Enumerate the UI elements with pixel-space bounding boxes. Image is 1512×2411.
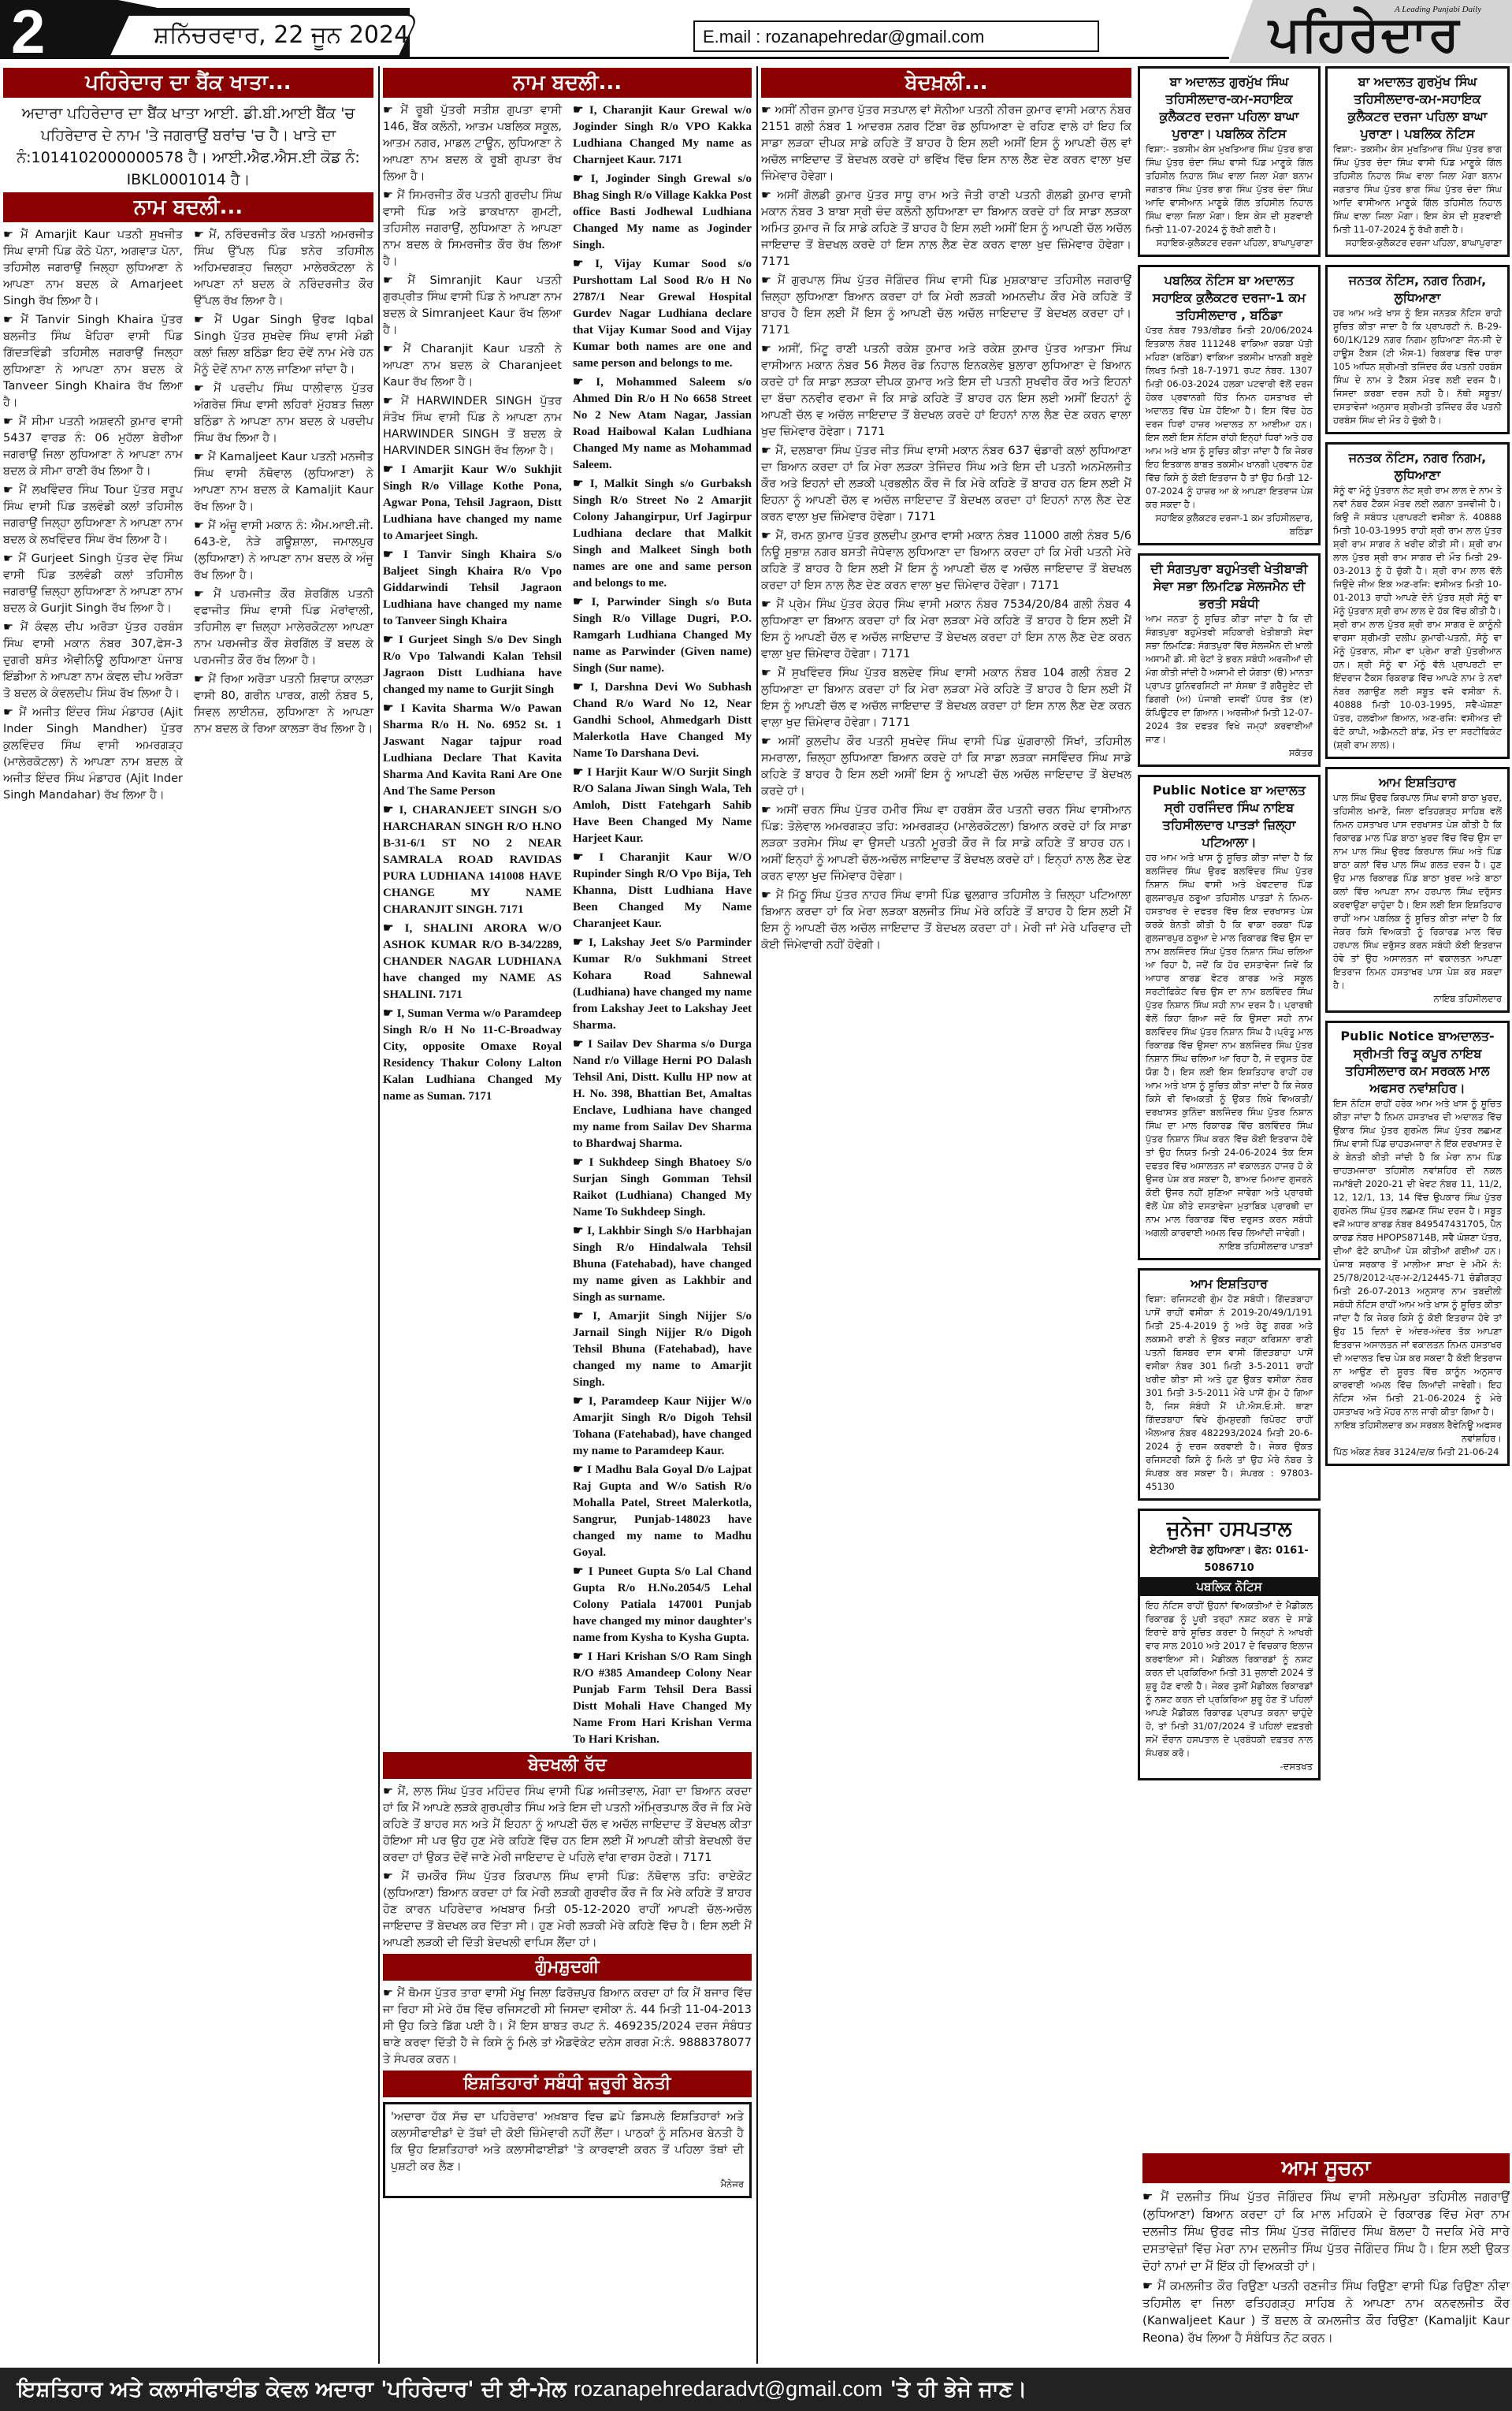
classified-item: ☛ ਮੈਂ ਮਿੱਠੂ ਸਿੰਘ ਪੁੱਤਰ ਨਾਹਰ ਸਿੰਘ ਵਾਸੀ ਪਿ…: [761, 887, 1131, 954]
classified-item: ☛ ਮੈਂ ਪ੍ਰੇਮ ਸਿੰਘ ਪੁੱਤਰ ਕੇਹਰ ਸਿੰਘ ਵਾਸੀ ਮਕ…: [761, 597, 1131, 663]
classified-item: ☛ ਅਸੀਂ, ਮਿੰਟੂ ਰਾਣੀ ਪਤਨੀ ਰਕੇਸ਼ ਕੁਮਾਰ ਅਤੇ …: [761, 341, 1131, 441]
name-change-banner: ਨਾਮ ਬਦਲੀ...: [3, 192, 373, 222]
column-divider: [378, 66, 380, 2364]
classified-item: ☛ I, Vijay Kumar Sood s/o Purshottam Lal…: [573, 256, 752, 372]
classified-item: ☛ I Charanjit Kaur W/O Rupinder Singh R/…: [573, 850, 752, 932]
disclaimer-text: 'ਅਦਾਰਾ ਹੱਕ ਸੱਚ ਦਾ ਪਹਿਰੇਦਾਰ' ਅਖ਼ਬਾਰ ਵਿਚ ਛ…: [391, 2109, 744, 2175]
notice-heading: ਦੀ ਸੰਗਤਪੁਰਾ ਬਹੁਮੰਤਵੀ ਖੇਤੀਬਾੜੀ ਸੇਵਾ ਸਭਾ ਲ…: [1146, 560, 1313, 612]
classified-item: ☛ ਮੈਂ Tanvir Singh Khaira ਪੁੱਤਰ ਬਲਜੀਤ ਸਿ…: [3, 312, 183, 411]
name-change-list: ☛ ਮੈਂ Amarjit Kaur ਪਤਨੀ ਸੁਖਜੀਤ ਸਿੰਘ ਵਾਸੀ…: [3, 227, 373, 806]
general-ad-box: ਆਮ ਇਸ਼ਤਿਹਾਰ ਪਾਲ ਸਿੰਘ ਉਰਫ ਕਿਰਪਾਲ ਸਿੰਘ ਵਾਸ…: [1325, 767, 1510, 1013]
classified-item: ☛ I Puneet Gupta S/o Lal Chand Gupta R/o…: [573, 1564, 752, 1646]
classified-item: ☛ I, Darshna Devi Wo Subhash Chand R/o W…: [573, 679, 752, 762]
bank-account-banner: ਪਹਿਰੇਦਾਰ ਦਾ ਬੈਂਕ ਖਾਤਾ...: [3, 68, 373, 98]
classified-item: ☛ ਮੈਂ Gurjeet Singh ਪੁੱਤਰ ਦੇਵ ਸਿੰਘ ਵਾਸੀ …: [3, 551, 183, 617]
name-change-list: ☛ ਮੈਂ ਰੂਬੀ ਪੁੱਤਰੀ ਸਤੀਸ਼ ਗੁਪਤਾ ਵਾਸੀ 146, …: [383, 102, 752, 1751]
notice-heading: ਆਮ ਇਸ਼ਤਿਹਾਰ: [1146, 1275, 1313, 1293]
classified-item: ☛ ਮੈਂ ਪਰਦੀਪ ਸਿੰਘ ਧਾਲੀਵਾਲ ਪੁੱਤਰ ਅੰਗਰੇਜ਼ ਸ…: [194, 381, 373, 447]
municipal-notice-box: ਜਨਤਕ ਨੋਟਿਸ, ਨਗਰ ਨਿਗਮ, ਲੁਧਿਆਣਾ ਸੋਨੂੰ ਵਾ ਮ…: [1325, 442, 1510, 759]
classified-item: ☛ I Kavita Sharma W/o Pawan Sharma R/o H…: [383, 701, 562, 800]
classified-item: ☛ I Hari Krishan S/O Ram Singh R/O #385 …: [573, 1649, 752, 1748]
classified-item: ☛ I Amarjit Kaur W/o Sukhjit Singh R/o V…: [383, 462, 562, 545]
notice-heading: ਜਨਤਕ ਨੋਟਿਸ, ਨਗਰ ਨਿਗਮ, ਲੁਧਿਆਣਾ: [1333, 272, 1502, 307]
classified-item: ☛ I, SHALINI ARORA W/O ASHOK KUMAR R/O B…: [383, 921, 562, 1003]
hospital-address: ਏਟੀਆਈ ਰੋਡ ਲੁਧਿਆਣਾ। ਫੋਨ: 0161-5086710: [1146, 1542, 1313, 1577]
classified-item: ☛ ਮੈਂ ਰੂਬੀ ਪੁੱਤਰੀ ਸਤੀਸ਼ ਗੁਪਤਾ ਵਾਸੀ 146, …: [383, 102, 562, 185]
classified-item: ☛ ਮੈਂ ਗੁਰਪਾਲ ਸਿੰਘ ਪੁੱਤਰ ਜੋਗਿੰਦਰ ਸਿੰਘ ਵਾਸ…: [761, 273, 1131, 339]
public-notice-box: ਬਾ ਅਦਾਲਤ ਗੁਰਮੁੱਖ ਸਿੰਘ ਤਹਿਸੀਲਦਾਰ-ਕਮ-ਸਹਾਇਕ…: [1325, 66, 1510, 257]
bank-account-text: ਅਦਾਰਾ ਪਹਿਰੇਦਾਰ ਦਾ ਬੈਂਕ ਖਾਤਾ ਆਈ. ਡੀ.ਬੀ.ਆਈ…: [3, 102, 373, 191]
classified-item: ☛ I Gurjeet Singh S/o Dev Singh R/o Vpo …: [383, 632, 562, 698]
classified-item: ☛ I, Joginder Singh Grewal s/o Bhag Sing…: [573, 171, 752, 254]
classified-item: ☛ ਮੈਂ Ugar Singh ਉਰਫ Iqbal Singh ਪੁੱਤਰ ਸ…: [194, 312, 373, 378]
footer-email[interactable]: rozanapehredaradvt@gmail.com: [574, 2377, 882, 2401]
notice-text: ਵਿਸ਼ਾ:- ਤਕਸੀਮ ਕੇਸ ਮੁਖਤਿਆਰ ਸਿੰਘ ਪੁੱਤਰ ਭਾਗ…: [1146, 143, 1313, 236]
notice-signature: ਨਾਇਬ ਤਹਿਸੀਲਦਾਰ: [1333, 992, 1502, 1006]
notice-signature: ਸਹਾਇਕ ਕੁਲੈਕਟਰ ਦਰਜਾ-1 ਕਮ ਤਹਿਸੀਲਦਾਰ, ਬਠਿੰਡ…: [1146, 512, 1313, 538]
classified-item: ☛ I, Lakhbir Singh S/o Harbhajan Singh R…: [573, 1223, 752, 1306]
notice-heading: Public Notice ਬਾਅਦਾਲਤ-ਸ੍ਰੀਮਤੀ ਰਿਤੂ ਕਪੂਰ …: [1333, 1028, 1502, 1097]
masthead: 2 ਸ਼ਨਿੱਚਰਵਾਰ, 22 ਜੂਨ 2024 E.mail : rozan…: [0, 0, 1512, 61]
classified-item: ☛ I, Malkit Singh s/o Gurbaksh Singh R/o…: [573, 476, 752, 592]
classified-item: ☛ I, Mohammed Saleem s/o Ahmed Din R/o H…: [573, 374, 752, 474]
classified-item: ☛ ਮੈਂ Amarjit Kaur ਪਤਨੀ ਸੁਖਜੀਤ ਸਿੰਘ ਵਾਸੀ…: [3, 227, 183, 310]
classified-item: ☛ ਮੈਂ ਦਲਜੀਤ ਸਿੰਘ ਪੁੱਤਰ ਜੋਗਿੰਦਰ ਸਿੰਘ ਵਾਸੀ…: [1142, 2188, 1510, 2275]
footer-suffix: 'ਤੇ ਹੀ ਭੇਜੇ ਜਾਣ।: [890, 2377, 1027, 2402]
public-notice-box: ਬਾ ਅਦਾਲਤ ਗੁਰਮੁੱਖ ਸਿੰਘ ਤਹਿਸੀਲਦਾਰ-ਕਮ-ਸਹਾਇਕ…: [1138, 66, 1321, 257]
footer-text: ਇਸ਼ਤਿਹਾਰ ਅਤੇ ਕਲਾਸੀਫਾਈਡ ਕੇਵਲ ਅਦਾਰਾ 'ਪਹਿਰੇ…: [17, 2377, 567, 2402]
footer-banner: ਇਸ਼ਤਿਹਾਰ ਅਤੇ ਕਲਾਸੀਫਾਈਡ ਕੇਵਲ ਅਦਾਰਾ 'ਪਹਿਰੇ…: [0, 2368, 1512, 2411]
notice-text: ਇਹ ਨੋਟਿਸ ਰਾਹੀਂ ਉਹਨਾਂ ਵਿਅਕਤੀਆਂ ਦੇ ਮੈਡੀਕਲ …: [1146, 1599, 1313, 1760]
notice-heading: Public Notice ਬਾ ਅਦਾਲਤ ਸ੍ਰੀ ਹਰਜਿੰਦਰ ਸਿੰਘ…: [1146, 782, 1313, 851]
classified-item: ☛ ਮੈਂ ਸੁਖਵਿੰਦਰ ਸਿੰਘ ਪੁੱਤਰ ਬਲਦੇਵ ਸਿੰਘ ਵਾਸ…: [761, 665, 1131, 731]
notice-signature: ਨਾਇਬ ਤਹਿਸੀਲਦਾਰ ਪਾਤੜਾਂ: [1146, 1240, 1313, 1253]
general-notice-banner: ਆਮ ਸੂਚਨਾ: [1142, 2153, 1510, 2183]
contact-email[interactable]: E.mail : rozanapehredar@gmail.com: [693, 20, 1099, 52]
classified-item: ☛ ਮੈਂ, ਲਾਲ ਸਿੰਘ ਪੁੱਤਰ ਮਹਿੰਦਰ ਸਿੰਘ ਵਾਸੀ ਪ…: [383, 1784, 752, 1866]
ad-disclaimer-box: 'ਅਦਾਰਾ ਹੱਕ ਸੱਚ ਦਾ ਪਹਿਰੇਦਾਰ' ਅਖ਼ਬਾਰ ਵਿਚ ਛ…: [383, 2102, 752, 2198]
disclaimer-signature: ਮੈਨੇਜਰ: [391, 2178, 744, 2191]
recruitment-notice-box: ਦੀ ਸੰਗਤਪੁਰਾ ਬਹੁਮੰਤਵੀ ਖੇਤੀਬਾੜੀ ਸੇਵਾ ਸਭਾ ਲ…: [1138, 553, 1321, 767]
classified-item: ☛ ਮੈਂ Simranjit Kaur ਪਤਨੀ ਗੁਰਪ੍ਰੀਤ ਸਿੰਘ …: [383, 273, 562, 339]
notice-text: ਸੋਨੂੰ ਵਾ ਮੋਨੂੰ ਪੁੱਤਰਾਨ ਲੇਟ ਸ਼੍ਰੀ ਰਾਮ ਲਾਲ…: [1333, 484, 1502, 752]
disinheritance-cancel-banner: ਬੇਦਖਲੀ ਰੱਦ: [383, 1752, 752, 1779]
classified-item: ☛ ਅਸੀਂ ਨੀਰਜ ਕੁਮਾਰ ਪੁੱਤਰ ਸਤਪਾਲ ਵਾਂ ਸੋਨੀਆ …: [761, 102, 1131, 185]
classified-item: ☛ I Harjit Kaur W/O Surjit Singh R/O Sal…: [573, 765, 752, 847]
classified-item: ☛ I, Lakshay Jeet S/o Parminder Kumar R/…: [573, 935, 752, 1034]
notice-text: ਹਰ ਆਮ ਅਤੇ ਖਾਸ ਨੂੰ ਸੂਚਿਤ ਕੀਤਾ ਜਾਂਦਾ ਹੈ ਕਿ…: [1146, 851, 1313, 1240]
classified-item: ☛ ਅਸੀਂ ਚਰਨ ਸਿੰਘ ਪੁੱਤਰ ਹਮੀਰ ਸਿੰਘ ਵਾ ਹਰਬੰਸ…: [761, 802, 1131, 885]
general-notice-section: ਆਮ ਸੂਚਨਾ ☛ ਮੈਂ ਦਲਜੀਤ ਸਿੰਘ ਪੁੱਤਰ ਜੋਗਿੰਦਰ …: [1142, 2152, 1510, 2349]
notice-signature: -ਦਸਤਖਤ: [1146, 1760, 1313, 1773]
public-notice-box: ਪਬਲਿਕ ਨੋਟਿਸ ਬਾ ਅਦਾਲਤ ਸਹਾਇਕ ਕੁਲੈਕਟਰ ਦਰਜਾ-…: [1138, 265, 1321, 545]
notice-heading: ਪਬਲਿਕ ਨੋਟਿਸ ਬਾ ਅਦਾਲਤ ਸਹਾਇਕ ਕੁਲੈਕਟਰ ਦਰਜਾ-…: [1146, 272, 1313, 324]
notice-heading: ਬਾ ਅਦਾਲਤ ਗੁਰਮੁੱਖ ਸਿੰਘ ਤਹਿਸੀਲਦਾਰ-ਕਮ-ਸਹਾਇਕ…: [1146, 73, 1313, 143]
page-number: 2: [11, 2, 45, 61]
notice-heading: ਜਨਤਕ ਨੋਟਿਸ, ਨਗਰ ਨਿਗਮ, ਲੁਧਿਆਣਾ: [1333, 449, 1502, 484]
classified-item: ☛ I, Charanjit Kaur Grewal w/o Joginder …: [573, 102, 752, 169]
classified-item: ☛ ਮੈਂ ਅੰਜੂ ਵਾਸੀ ਮਕਾਨ ਨੰ: ਐਮ.ਆਈ.ਜੀ. 643-ਏ…: [194, 518, 373, 584]
classified-item: ☛ I Sukhdeep Singh Bhatoey S/o Surjan Si…: [573, 1155, 752, 1221]
classified-item: ☛ ਮੈਂ ਥੋਮਸ ਪੁੱਤਰ ਤਾਰਾ ਵਾਸੀ ਮੱਖੂ ਜਿਲਾ ਫਿਰ…: [383, 1985, 752, 2068]
classified-item: ☛ I, Amarjit Singh Nijjer S/o Jarnail Si…: [573, 1308, 752, 1391]
public-notice-box: Public Notice ਬਾ ਅਦਾਲਤ ਸ੍ਰੀ ਹਰਜਿੰਦਰ ਸਿੰਘ…: [1138, 775, 1321, 1260]
notice-heading: ਬਾ ਅਦਾਲਤ ਗੁਰਮੁੱਖ ਸਿੰਘ ਤਹਿਸੀਲਦਾਰ-ਕਮ-ਸਹਾਇਕ…: [1333, 73, 1502, 143]
issue-date: ਸ਼ਨਿੱਚਰਵਾਰ, 22 ਜੂਨ 2024: [154, 21, 409, 49]
classified-item: ☛ ਮੈਂ ਸੀਮਾ ਪਤਨੀ ਅਸ਼ਵਨੀ ਕੁਮਾਰ ਵਾਸੀ 5437 ਵ…: [3, 414, 183, 480]
classified-item: ☛ ਮੈਂ, ਦਲਬਾਰਾ ਸਿੰਘ ਪੁੱਤਰ ਜੀਤ ਸਿੰਘ ਵਾਸੀ ਮ…: [761, 443, 1131, 526]
classified-item: ☛ I, Suman Verma w/o Paramdeep Singh R/o…: [383, 1006, 562, 1105]
column-2: ਨਾਮ ਬਦਲੀ... ☛ ਮੈਂ ਰੂਬੀ ਪੁੱਤਰੀ ਸਤੀਸ਼ ਗੁਪਤ…: [383, 66, 752, 2206]
newspaper-logo: ਪਹਿਰੇਦਾਰ: [1269, 6, 1461, 61]
missing-banner: ਗੁੰਮਸ਼ੁਦਗੀ: [383, 1954, 752, 1981]
hospital-notice-box: ਜੁਨੇਜਾ ਹਸਪਤਾਲ ਏਟੀਆਈ ਰੋਡ ਲੁਧਿਆਣਾ। ਫੋਨ: 01…: [1138, 1509, 1321, 1780]
column-3: ਬੇਦਖ਼ਲੀ... ☛ ਅਸੀਂ ਨੀਰਜ ਕੁਮਾਰ ਪੁੱਤਰ ਸਤਪਾਲ…: [761, 66, 1131, 956]
notice-signature: ਸਹਾਇਕ-ਕੁਲੈਕਟਰ ਦਰਜਾ ਪਹਿਲਾ, ਬਾਘਾਪੁਰਾਣਾ: [1146, 236, 1313, 250]
classified-item: ☛ ਮੈਂ HARWINDER SINGH ਪੁੱਤਰ ਸੰਤੋਖ ਸਿੰਘ ਵ…: [383, 393, 562, 460]
classified-item: ☛ ਮੈਂ ਪਰਮਜੀਤ ਕੌਰ ਸ਼ੇਰਗਿੱਲ ਪਤਨੀ ਵਫਾਜੀਤ ਸਿ…: [194, 586, 373, 669]
notice-text: ਹਰ ਆਮ ਅਤੇ ਖਾਸ ਨੂੰ ਇਸ ਜਨਤਕ ਨੋਟਿਸ ਰਾਹੀ ਸੂਚ…: [1333, 307, 1502, 427]
classified-item: ☛ I Madhu Bala Goyal D/o Lajpat Raj Gupt…: [573, 1462, 752, 1561]
municipal-notice-box: ਜਨਤਕ ਨੋਟਿਸ, ਨਗਰ ਨਿਗਮ, ਲੁਧਿਆਣਾ ਹਰ ਆਮ ਅਤੇ …: [1325, 265, 1510, 434]
classified-item: ☛ ਮੈਂ ਸਿਮਰਜੀਤ ਕੌਰ ਪਤਨੀ ਗੁਰਦੀਪ ਸਿੰਘ ਵਾਸੀ …: [383, 188, 562, 270]
classified-item: ☛ ਮੈਂ ਰਿਆ ਅਰੋੜਾ ਪਤਨੀ ਸ਼ਿਵਾਯ ਕਾਲੜਾ ਵਾਸੀ 8…: [194, 672, 373, 738]
classified-item: ☛ ਮੈਂ, ਨਰਿੰਦਰਜੀਤ ਕੌਰ ਪਤਨੀ ਅਮਰਜੀਤ ਸਿੰਘ ਉੱ…: [194, 227, 373, 310]
classified-item: ☛ I, CHARANJEET SINGH S/O HARCHARAN SING…: [383, 802, 562, 918]
notice-heading: ਆਮ ਇਸ਼ਤਿਹਾਰ: [1333, 774, 1502, 791]
notice-signature: ਸਕੱਤਰ: [1146, 746, 1313, 760]
classified-item: ☛ ਮੈਂ Charanjit Kaur ਪਤਨੀ ਨੇ ਆਪਣਾ ਨਾਮ ਬਦ…: [383, 341, 562, 391]
public-notice-box: Public Notice ਬਾਅਦਾਲਤ-ਸ੍ਰੀਮਤੀ ਰਿਤੂ ਕਪੂਰ …: [1325, 1021, 1510, 1466]
classified-item: ☛ ਮੈਂ ਚਮਕੌਰ ਸਿੰਘ ਪੁੱਤਰ ਕਿਰਪਾਲ ਸਿੰਘ ਵਾਸੀ …: [383, 1869, 752, 1951]
notice-text: ਇਸ ਨੋਟਿਸ ਰਾਹੀਂ ਹਰੇਕ ਆਮ ਅਤੇ ਖਾਸ ਨੂੰ ਸੂਚਿਤ…: [1333, 1097, 1502, 1419]
classified-item: ☛ ਅਸੀਂ ਕੁਲਦੀਪ ਕੌਰ ਪਤਨੀ ਸੁਖਦੇਵ ਸਿੰਘ ਵਾਸੀ …: [761, 734, 1131, 800]
classified-item: ☛ ਮੈਂ ਲਖਵਿੰਦਰ ਸਿੰਘ Tour ਪੁੱਤਰ ਸਰੂਪ ਸਿੰਘ …: [3, 482, 183, 549]
classified-item: ☛ ਮੈਂ ਅਜੀਤ ਇੰਦਰ ਸਿੰਘ ਮੰਡਾਹਰ (Ajit Inder …: [3, 705, 183, 804]
notice-text: ਪੱਤਰ ਨੰਬਰ 793/ਰੀਡਰ ਮਿਤੀ 20/06/2024 ਇਤਕਾਲ…: [1146, 324, 1313, 512]
classified-item: ☛ ਮੈਂ ਕੰਵਲ ਦੀਪ ਅਰੋੜਾ ਪੁੱਤਰ ਹਰਬੰਸ ਸਿੰਘ ਵਾ…: [3, 619, 183, 702]
column-1: ਪਹਿਰੇਦਾਰ ਦਾ ਬੈਂਕ ਖਾਤਾ... ਅਦਾਰਾ ਪਹਿਰੇਦਾਰ …: [3, 66, 373, 806]
name-change-banner: ਨਾਮ ਬਦਲੀ...: [383, 68, 752, 98]
column-5: ਬਾ ਅਦਾਲਤ ਗੁਰਮੁੱਖ ਸਿੰਘ ਤਹਿਸੀਲਦਾਰ-ਕਮ-ਸਹਾਇਕ…: [1325, 66, 1510, 1474]
notice-signature: ਸਹਾਇਕ-ਕੁਲੈਕਟਰ ਦਰਜਾ ਪਹਿਲਾ, ਬਾਘਾਪੁਰਾਣਾ: [1333, 236, 1502, 250]
classified-item: ☛ ਅਸੀਂ ਗੋਲਡੀ ਕੁਮਾਰ ਪੁੱਤਰ ਸਾਧੂ ਰਾਮ ਅਤੇ ਜੋ…: [761, 188, 1131, 270]
classified-item: ☛ ਮੈਂ Kamaljeet Kaur ਪਤਨੀ ਮਨਜੀਤ ਸਿੰਘ ਵਾਸ…: [194, 449, 373, 515]
hospital-notice-header: ਪਬਲਿਕ ਨੋਟਿਸ: [1140, 1577, 1318, 1596]
column-4: ਬਾ ਅਦਾਲਤ ਗੁਰਮੁੱਖ ਸਿੰਘ ਤਹਿਸੀਲਦਾਰ-ਕਮ-ਸਹਾਇਕ…: [1138, 66, 1321, 1788]
notice-text: ਆਮ ਜਨਤਾ ਨੂੰ ਸੂਚਿਤ ਕੀਤਾ ਜਾਂਦਾ ਹੈ ਕਿ ਦੀ ਸੰ…: [1146, 612, 1313, 746]
ad-request-banner: ਇਸ਼ਤਿਹਾਰਾਂ ਸਬੰਧੀ ਜ਼ਰੂਰੀ ਬੇਨਤੀ: [383, 2071, 752, 2097]
notice-signature: ਨਾਇਬ ਤਹਿਸੀਲਦਾਰ ਕਮ ਸਰਕਲ ਰੈਵੇਨਿਊ ਅਫਸਰ ਨਵਾਂ…: [1333, 1419, 1502, 1445]
classified-item: ☛ I, Paramdeep Kaur Nijjer W/o Amarjit S…: [573, 1393, 752, 1460]
notice-text: ਵਿਸ਼ਾ:- ਤਕਸੀਮ ਕੇਸ ਮੁਖਤਿਆਰ ਸਿੰਘ ਪੁੱਤਰ ਭਾਗ…: [1333, 143, 1502, 236]
classified-item: ☛ I Tanvir Singh Khaira S/o Baljeet Sing…: [383, 547, 562, 630]
notice-text: ਵਿਸ਼ਾ: ਰਜਿਸਟਰੀ ਗੁੰਮ ਹੋਣ ਸਬੰਧੀ। ਗਿੱਦੜਬਾਹਾ…: [1146, 1293, 1313, 1494]
notice-reference: ਪਿੱਠ ਅੰਕਣ ਨੰਬਰ 3124/ਦ/ਕ ਮਿਤੀ 21-06-24: [1333, 1445, 1502, 1459]
general-ad-box: ਆਮ ਇਸ਼ਤਿਹਾਰ ਵਿਸ਼ਾ: ਰਜਿਸਟਰੀ ਗੁੰਮ ਹੋਣ ਸਬੰਧ…: [1138, 1268, 1321, 1501]
hospital-name: ਜੁਨੇਜਾ ਹਸਪਤਾਲ: [1146, 1516, 1313, 1542]
classified-item: ☛ ਮੈਂ, ਰਮਨ ਕੁਮਾਰ ਪੁੱਤਰ ਕੁਲਦੀਪ ਕੁਮਾਰ ਵਾਸੀ…: [761, 528, 1131, 594]
classified-item: ☛ I, Parwinder Singh s/o Buta Singh R/o …: [573, 594, 752, 677]
disinheritance-banner: ਬੇਦਖ਼ਲੀ...: [761, 68, 1131, 98]
classified-item: ☛ ਮੈਂ ਕਮਲਜੀਤ ਕੌਰ ਰਿਉਣਾ ਪਤਨੀ ਰਣਜੀਤ ਸਿੰਘ ਰ…: [1142, 2277, 1510, 2346]
column-divider: [756, 66, 758, 2364]
notice-text: ਪਾਲ ਸਿੰਘ ਉਰਫ ਕਿਰਪਾਲ ਸਿੰਘ ਵਾਸੀ ਬਾਠਾ ਖੁਰਦ,…: [1333, 791, 1502, 992]
classified-item: ☛ I Sailav Dev Sharma s/o Durga Nand r/o…: [573, 1036, 752, 1152]
